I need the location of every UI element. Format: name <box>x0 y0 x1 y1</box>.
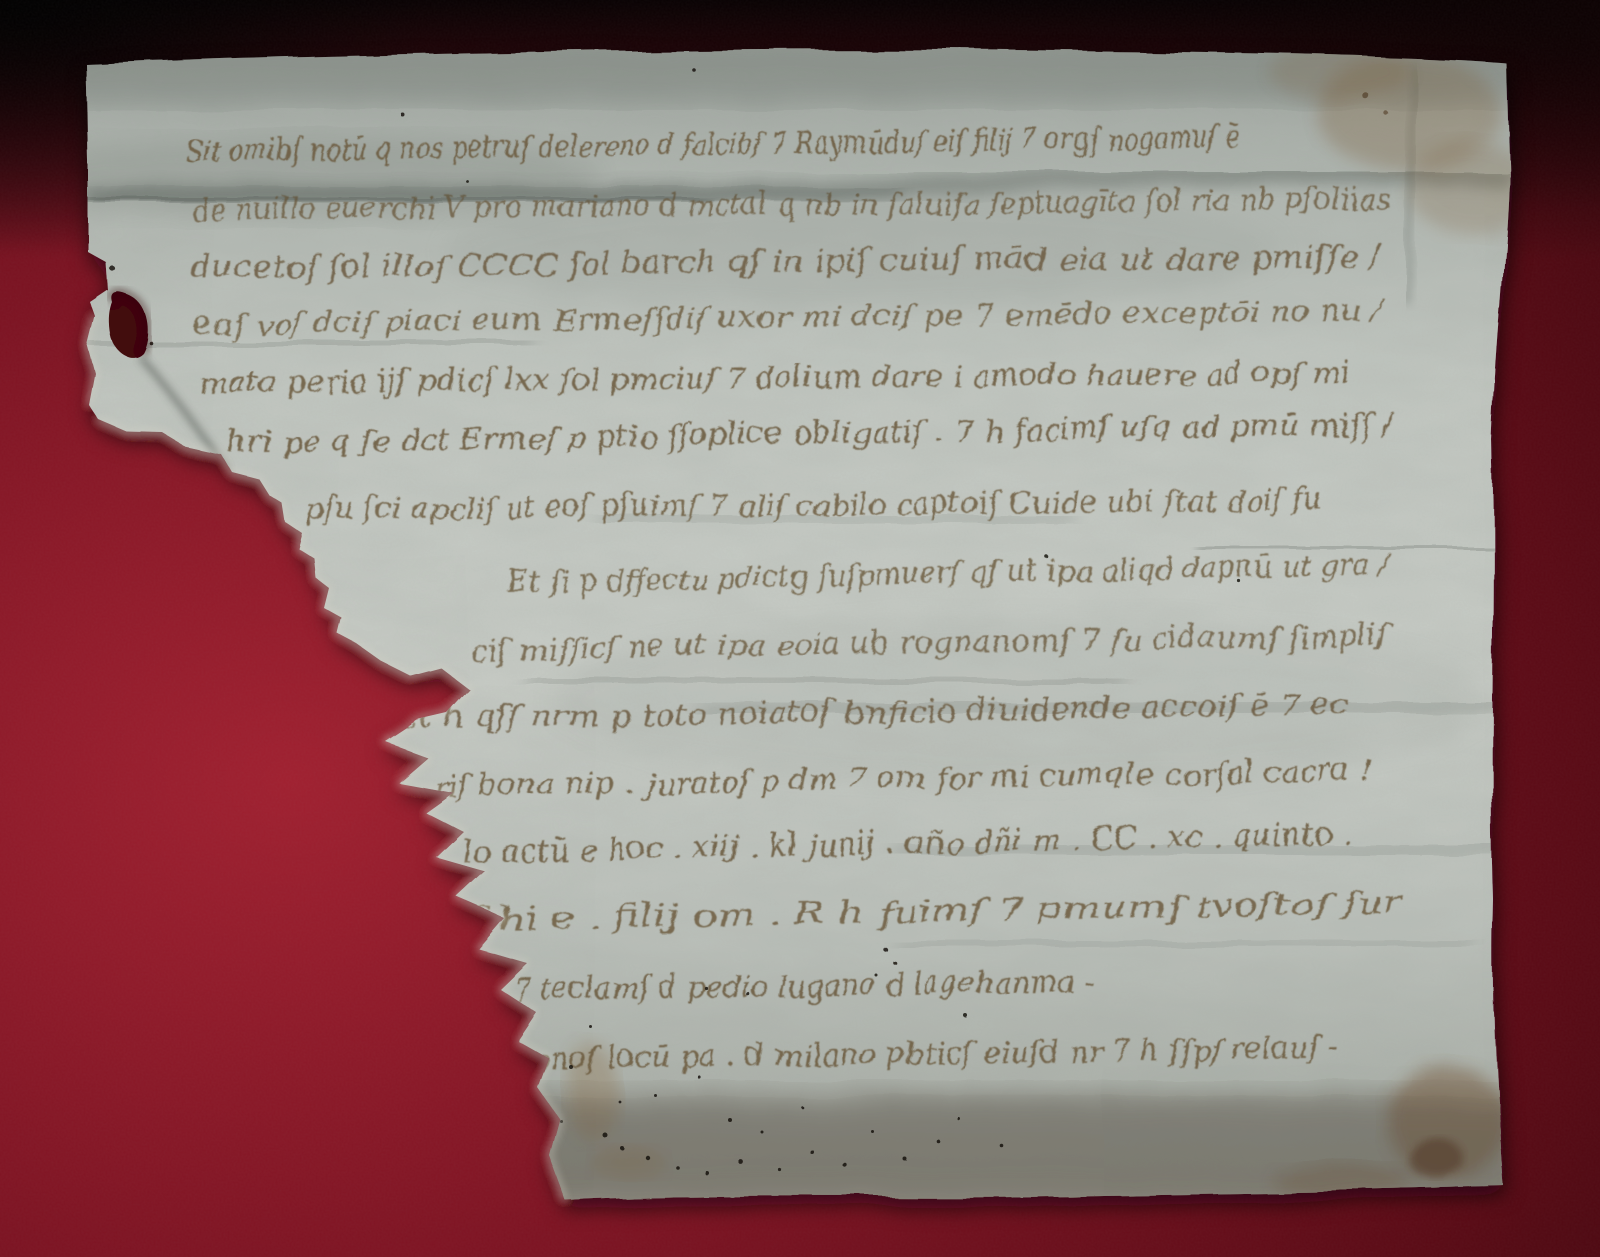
photo-canvas: Sit omibſ notū q nos petruſ delereno d f… <box>0 0 1600 1257</box>
stain-speck <box>1384 111 1388 115</box>
crease-overlay-bottom <box>520 1105 1520 1195</box>
photo-of-parchment-charter: Sit omibſ notū q nos petruſ delereno d f… <box>0 0 1600 1257</box>
stain-speck <box>1363 93 1369 99</box>
crease-faint <box>900 941 1470 946</box>
crease-overlay-upper <box>90 188 900 200</box>
